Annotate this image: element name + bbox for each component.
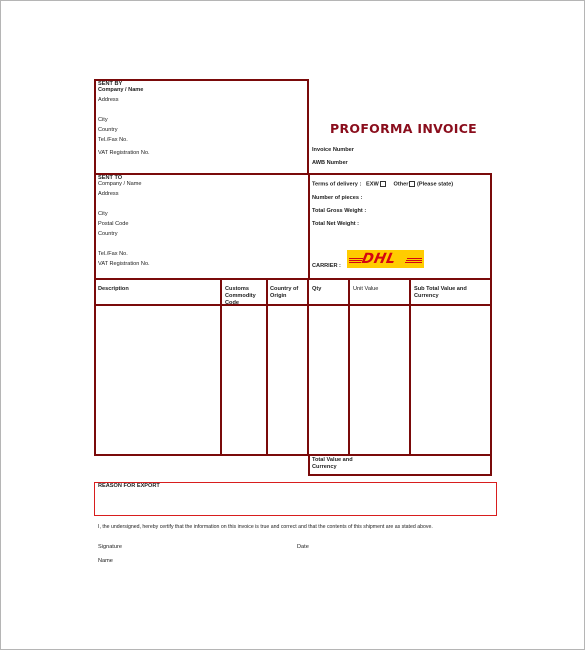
signature-label: Signature (98, 544, 122, 551)
sent-to-city-label: City (98, 211, 108, 218)
exw-label: EXW (366, 181, 379, 187)
header-qty: Qty (312, 286, 321, 293)
sent-by-address-label: Address (98, 97, 119, 104)
header-subtotal: Sub Total Value and Currency (414, 286, 486, 300)
exw-checkbox[interactable] (380, 181, 386, 187)
col-divider (266, 278, 268, 456)
sent-by-tel-label: Tel./Fax No. (98, 137, 128, 144)
name-label: Name (98, 558, 113, 565)
awb-number-label: AWB Number (312, 160, 348, 167)
invoice-number-label: Invoice Number (312, 147, 354, 154)
col-divider (409, 278, 411, 456)
header-country-origin: Country of Origin (270, 286, 304, 300)
terms-of-delivery: Terms of delivery : EXW Other (Please st… (312, 181, 453, 188)
date-label: Date (297, 544, 309, 551)
total-value-label: Total Value and Currency (312, 457, 372, 471)
sent-by-city-label: City (98, 117, 108, 124)
sent-to-address-label: Address (98, 191, 119, 198)
gross-weight-label: Total Gross Weight : (312, 208, 366, 215)
sent-by-vat-label: VAT Registration No. (98, 150, 150, 157)
dhl-logo: DHL (347, 250, 424, 268)
col-divider (348, 278, 350, 456)
sent-by-country-label: Country (98, 127, 118, 134)
dhl-logo-text: DHL (360, 251, 397, 267)
carrier-label: CARRIER : (312, 263, 341, 270)
page-title: PROFORMA INVOICE (330, 121, 477, 136)
col-divider (220, 278, 222, 456)
sent-to-tel-label: Tel./Fax No. (98, 251, 128, 258)
header-description: Description (98, 286, 129, 293)
sent-to-vat-label: VAT Registration No. (98, 261, 150, 268)
sent-to-country-label: Country (98, 231, 118, 238)
please-state-label: (Please state) (417, 181, 453, 187)
header-commodity-code: Customs Commodity Code (225, 286, 263, 307)
net-weight-label: Total Net Weight : (312, 221, 359, 228)
header-unit-value: Unit Value (353, 286, 378, 293)
sent-to-postal-label: Postal Code (98, 221, 128, 228)
reason-for-export-label: REASON FOR EXPORT (98, 483, 160, 490)
certification-text: I, the undersigned, hereby certify that … (98, 524, 433, 531)
sent-by-company-label: Company / Name (98, 87, 143, 94)
other-checkbox[interactable] (409, 181, 415, 187)
number-of-pieces-label: Number of pieces : (312, 195, 362, 202)
col-divider (307, 278, 309, 456)
table-header-divider (94, 304, 492, 306)
other-label: Other (394, 181, 409, 187)
sent-to-company-label: Company / Name (98, 181, 142, 188)
terms-label: Terms of delivery : (312, 181, 361, 187)
